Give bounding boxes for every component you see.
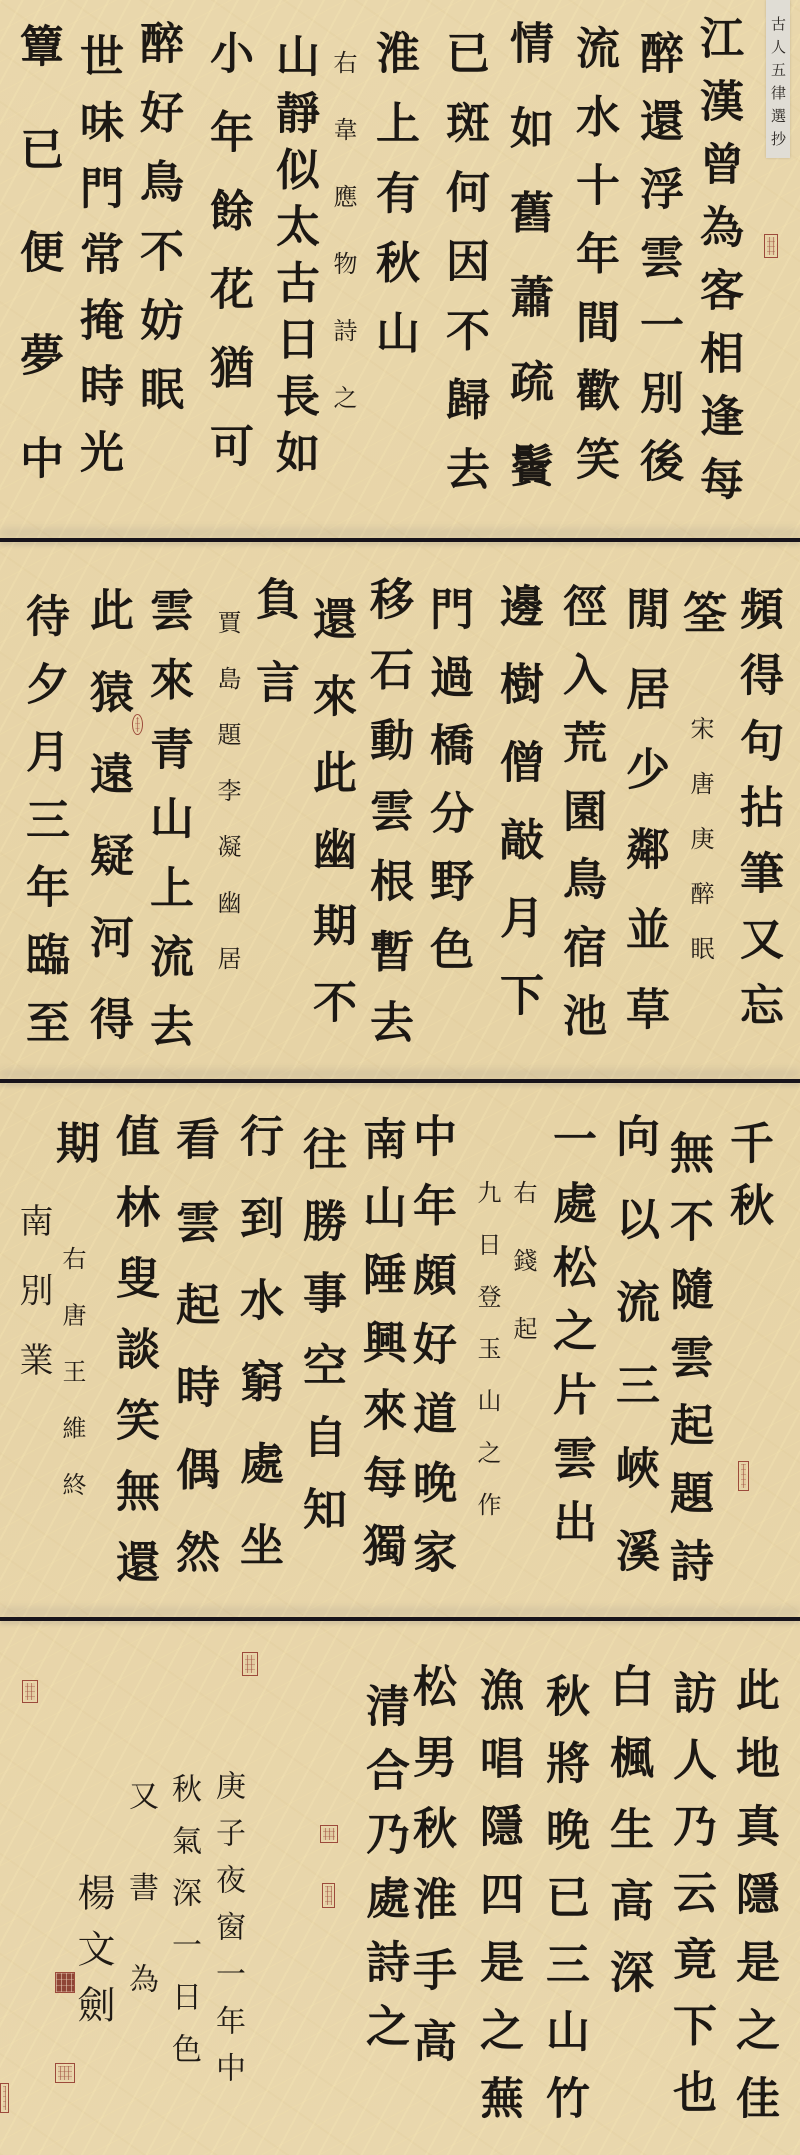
text-column: 門過橋分野色 <box>425 586 469 994</box>
text-column: 已斑何因不歸去 <box>441 30 485 515</box>
attribution-column: 右唐王維終 <box>60 1246 84 1529</box>
text-column: 待夕月三年臨至 <box>21 593 65 1067</box>
text-column: 行到水窮處坐 <box>235 1113 279 1604</box>
text-column: 此地真隱是之佳 <box>731 1667 775 2143</box>
seal-stamp <box>322 1883 335 1908</box>
text-column: 往勝事空自知 <box>298 1126 342 1558</box>
title-label-strip: 古人五律選抄 <box>766 0 790 158</box>
text-column: 中年頗好道晚家 <box>408 1113 452 1598</box>
text-column: 淮上有秋山 <box>371 30 415 379</box>
text-column: 向以流三峽溪 <box>611 1113 655 1611</box>
text-column: 千秋 <box>725 1120 769 1244</box>
text-column: 簟已便夢中 <box>15 23 59 538</box>
text-column: 邊樹僧敲月下 <box>495 583 539 1050</box>
text-column: 看雲起時偶然 <box>171 1116 215 1612</box>
seal-stamp <box>55 1972 75 1993</box>
text-column: 山靜似太古日長如 <box>271 33 315 486</box>
text-column: 頻得句拈筆又忘 <box>735 586 779 1048</box>
attribution-column: 賈島題李凝幽居 <box>215 610 239 1002</box>
text-column: 徑入荒園鳥宿池 <box>558 583 602 1060</box>
text-column: 南山陲興來每獨 <box>358 1116 402 1590</box>
seal-stamp <box>22 1680 38 1703</box>
seal-stamp <box>242 1652 258 1676</box>
panel-separator <box>0 538 800 542</box>
title-label: 古人五律選抄 <box>770 16 785 154</box>
text-column: 此猿遠疑河得 <box>85 587 129 1078</box>
attribution-column: 右韋應物詩之 <box>331 50 355 452</box>
seal-stamp <box>764 234 778 258</box>
signature-column: 秋氣深一日色 <box>168 1773 198 2085</box>
seal-stamp <box>55 2063 75 2083</box>
text-column: 移石動雲根暫去 <box>365 576 409 1070</box>
seal-stamp <box>320 1825 338 1843</box>
seal-stamp <box>132 714 143 735</box>
panel-separator <box>0 1617 800 1621</box>
panel-separator <box>0 1079 800 1083</box>
signature-column: 庚子夜窗一年中 <box>212 1770 242 2099</box>
seal-stamp <box>0 2083 9 2113</box>
text-column: 值林叟談笑無還 <box>111 1113 155 1610</box>
text-column: 流水十年間歡笑 <box>571 25 615 505</box>
text-column: 一處松之片雲出 <box>548 1116 592 1563</box>
artist-name: 楊文劍 <box>74 1873 112 2041</box>
text-column: 無不隨雲起題詩 <box>665 1130 709 1606</box>
seal-stamp <box>738 1461 749 1491</box>
text-column: 醉還浮雲一別後 <box>635 30 679 506</box>
text-column: 小年餘花猶可 <box>205 30 249 502</box>
text-column: 雲來青山上流去 <box>145 587 189 1072</box>
text-column: 筌 <box>678 590 722 634</box>
text-column: 期 <box>51 1120 95 1164</box>
text-column: 閒居少鄰並草 <box>621 586 665 1066</box>
text-column: 秋將晚已三山竹 <box>541 1673 585 2142</box>
text-column: 還來此幽期不 <box>308 596 352 1056</box>
text-column: 世味門常掩時光 <box>75 33 119 495</box>
text-column: 醉好鳥不妨眠 <box>135 20 179 435</box>
text-column: 情如舊蕭疏鬢 <box>505 20 549 528</box>
text-column: 負言 <box>251 576 295 742</box>
text-column: 松男秋淮手高 <box>408 1663 452 2089</box>
text-column: 江漢曾為客相逢每 <box>695 15 739 519</box>
text-column: 訪人乃云竟下也 <box>668 1670 712 2136</box>
text-column: 漁唱隱四是之蕪 <box>475 1667 519 2143</box>
signature-column: 又書為 <box>125 1780 155 2055</box>
attribution-column: 宋唐庚醉眠 <box>688 716 712 991</box>
attribution-column: 南別業 <box>16 1203 50 1412</box>
attribution-column: 九日登玉山之作 <box>475 1180 499 1544</box>
attribution-column: 右錢起 <box>511 1180 535 1384</box>
text-column: 清合乃處詩之 <box>361 1683 405 2067</box>
text-column: 白楓生高深 <box>605 1663 649 2021</box>
